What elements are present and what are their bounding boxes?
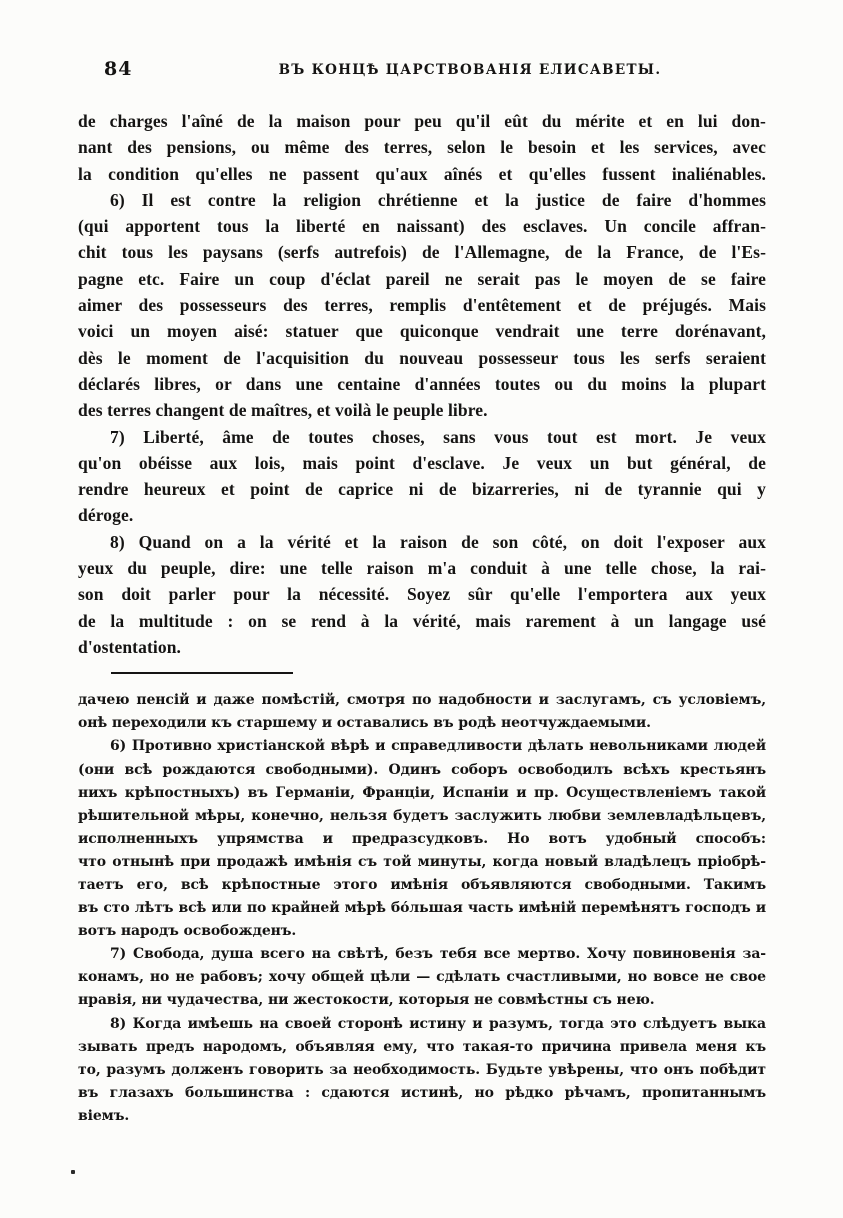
paragraph: 8) Quand on a la vérité et la raison de … <box>78 529 766 660</box>
text-line: то, разумъ долженъ говорить за необходим… <box>78 1059 766 1082</box>
text-line: la condition qu'elles ne passent qu'aux … <box>78 161 766 187</box>
text-line: онѣ переходили къ старшему и оставались … <box>78 712 766 735</box>
running-title: ВЪ КОНЦѢ ЦАРСТВОВАНІЯ ЕЛИСАВЕТЫ. <box>78 61 766 79</box>
text-line: nant des pensions, ou même des terres, s… <box>78 134 766 160</box>
text-line: 8) Когда имѣешь на своей сторонѣ истину … <box>78 1013 766 1036</box>
text-line: віемъ. <box>78 1105 766 1128</box>
paragraph: 7) Liberté, âme de toutes choses, sans v… <box>78 424 766 529</box>
text-line: de charges l'aîné de la maison pour peu … <box>78 108 766 134</box>
text-line: дачею пенсій и даже помѣстій, смотря по … <box>78 689 766 712</box>
text-line: voici un moyen aisé: statuer que quiconq… <box>78 318 766 344</box>
text-line: pagne etc. Faire un coup d'éclat pareil … <box>78 266 766 292</box>
text-line: aimer des possesseurs des terres, rempli… <box>78 292 766 318</box>
text-line: исполненныхъ упрямства и предразсудковъ.… <box>78 828 766 851</box>
text-line: въ глазахъ большинства : сдаются истинѣ,… <box>78 1082 766 1105</box>
text-line: нихъ крѣпостныхъ) въ Германіи, Франціи, … <box>78 782 766 805</box>
main-text: de charges l'aîné de la maison pour peu … <box>78 108 766 660</box>
paragraph: 6) Противно христіанской вѣрѣ и справедл… <box>78 735 766 943</box>
text-line: 6) Противно христіанской вѣрѣ и справедл… <box>78 735 766 758</box>
text-line: вотъ народъ освобожденъ. <box>78 920 766 943</box>
text-line: что отнынѣ при продажѣ имѣнія съ той мин… <box>78 851 766 874</box>
text-line: рѣшительной мѣры, конечно, нельзя будетъ… <box>78 805 766 828</box>
paragraph: 8) Когда имѣешь на своей сторонѣ истину … <box>78 1013 766 1128</box>
paragraph: 6) Il est contre la religion chrétienne … <box>78 187 766 424</box>
text-line: (qui apportent tous la liberté en naissa… <box>78 213 766 239</box>
paragraph: дачею пенсій и даже помѣстій, смотря по … <box>78 689 766 735</box>
text-line: dès le moment de l'acquisition du nouvea… <box>78 345 766 371</box>
text-line: въ сто лѣтъ всѣ или по крайней мѣрѣ бо́л… <box>78 897 766 920</box>
running-head: 84 ВЪ КОНЦѢ ЦАРСТВОВАНІЯ ЕЛИСАВЕТЫ. <box>78 58 766 82</box>
text-line: déclarés libres, or dans une centaine d'… <box>78 371 766 397</box>
text-line: зывать предъ народомъ, объявляя ему, что… <box>78 1036 766 1059</box>
scan-speck <box>71 1170 75 1174</box>
text-line: chit tous les paysans (serfs autrefois) … <box>78 239 766 265</box>
footnote-separator-rule <box>111 672 293 674</box>
text-line: 8) Quand on a la vérité et la raison de … <box>78 529 766 555</box>
text-line: rendre heureux et point de caprice ni de… <box>78 476 766 502</box>
text-line: 7) Свобода, душа всего на свѣтѣ, безъ те… <box>78 943 766 966</box>
text-line: des terres changent de maîtres, et voilà… <box>78 397 766 423</box>
book-page: 84 ВЪ КОНЦѢ ЦАРСТВОВАНІЯ ЕЛИСАВЕТЫ. de c… <box>0 0 843 1218</box>
text-line: d'ostentation. <box>78 634 766 660</box>
text-line: déroge. <box>78 502 766 528</box>
text-line: qu'on obéisse aux lois, mais point d'esc… <box>78 450 766 476</box>
text-line: 7) Liberté, âme de toutes choses, sans v… <box>78 424 766 450</box>
text-line: de la multitude : on se rend à la vérité… <box>78 608 766 634</box>
paragraph: 7) Свобода, душа всего на свѣтѣ, безъ те… <box>78 943 766 1012</box>
text-line: yeux du peuple, dire: une telle raison m… <box>78 555 766 581</box>
footnotes: дачею пенсій и даже помѣстій, смотря по … <box>78 689 766 1128</box>
text-line: (они всѣ рождаются свободными). Одинъ со… <box>78 759 766 782</box>
text-line: нравія, ни чудачества, ни жестокости, ко… <box>78 989 766 1012</box>
text-line: конамъ, но не рабовъ; хочу общей цѣли — … <box>78 966 766 989</box>
text-line: son doit parler pour la nécessité. Soyez… <box>78 581 766 607</box>
paragraph: de charges l'aîné de la maison pour peu … <box>78 108 766 187</box>
text-line: 6) Il est contre la religion chrétienne … <box>78 187 766 213</box>
text-line: таетъ его, всѣ крѣпостные этого имѣнія о… <box>78 874 766 897</box>
